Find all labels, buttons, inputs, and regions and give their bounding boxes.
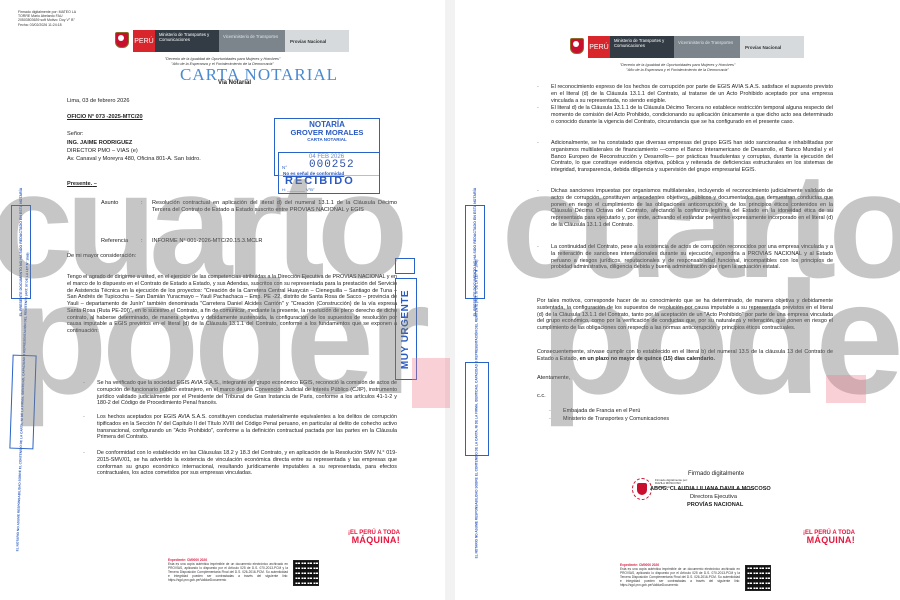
letter-page-1: Firmado digitalmente por: MATEO LA TORRE… — [0, 0, 445, 600]
notary-stamp-line-3: CARTA NOTARIAL — [275, 137, 379, 142]
recipient-title: DIRECTOR PMO – VIAS (e) — [67, 148, 138, 155]
ministry-label: Ministerio de Transportes y Comunicacion… — [155, 30, 219, 52]
doc-type-title: CARTA NOTARIAL — [180, 65, 338, 85]
vice-ministry-label: Viceministerio de Transportes — [219, 30, 285, 52]
disclaimer-text: EL PRESENTE DOCUMENTO NO HA SIDO REDACTA… — [19, 188, 23, 317]
signed-digitally: Firmado digitalmente — [688, 471, 744, 478]
campaign-line-2: MÁQUINA! — [775, 536, 855, 545]
urgent-stamp: MUY URGENTE — [395, 278, 417, 380]
received-stamp: 04 FEB 2026 N° 000252 No es señal de con… — [278, 152, 380, 194]
number-label: N° — [282, 165, 287, 170]
seal-signature-meta: Firmado digitalmente por: DAVILA MOSCOSO… — [655, 479, 689, 489]
official-motto: "Decenio de la Igualdad de Oportunidades… — [455, 63, 900, 72]
digital-signature-meta: Firmado digitalmente por: MATEO LA TORRE… — [18, 10, 78, 27]
notary-stamp-line-2: GROVER MORALES — [275, 129, 379, 137]
signer-org: PROVÍAS NACIONAL — [687, 502, 743, 509]
asunto-text: Resolución contractual en aplicación del… — [152, 200, 397, 214]
list-item: El reconocimiento expreso de los hechos … — [551, 84, 833, 104]
closing: Atentamente, — [537, 375, 570, 382]
signer-role: Directora Ejecutiva — [690, 494, 737, 501]
notary-liability-stamp: EL NOTARIO NO ASUME RESPONSABILIDAD SOBR… — [9, 355, 36, 450]
received-label: RECIBIDO — [285, 175, 355, 187]
cc-label: c.c. — [537, 393, 546, 400]
liability-text: EL NOTARIO NO ASUME RESPONSABILIDAD SOBR… — [475, 260, 479, 559]
verification-text: Esta es una copia auténtica imprimible d… — [620, 567, 740, 587]
digital-signature-seal-icon — [632, 478, 652, 500]
ministry-label: Ministerio de Transportes y Comunicacion… — [610, 36, 674, 58]
urgent-label: MUY URGENTE — [401, 289, 412, 368]
asunto-label: Asunto — [101, 200, 118, 207]
colon: : — [141, 238, 143, 245]
list-item: Dichas sanciones impuestas por organismo… — [551, 188, 833, 229]
list-item: Adicionalmente, se ha constatado que div… — [551, 140, 833, 174]
peru-badge: PERÚ — [133, 30, 155, 52]
request-paragraph: Consecuentemente, sírvase cumplir con lo… — [537, 349, 833, 363]
peru-badge: PERÚ — [588, 36, 610, 58]
notary-liability-stamp: EL NOTARIO NO ASUME RESPONSABILIDAD SOBR… — [465, 362, 489, 456]
greeting: De mi mayor consideración: — [67, 253, 136, 260]
list-item: Los hechos aceptados por EGIS AVIA S.A.S… — [97, 414, 397, 441]
time-vb-line: H: ________ V°B° — [282, 187, 315, 192]
presente: Presente. – — [67, 181, 97, 188]
peru-coat-of-arms-icon — [112, 30, 130, 50]
letterhead: PERÚ Ministerio de Transportes y Comunic… — [112, 30, 349, 52]
agency-label: Provías Nacional — [285, 30, 349, 52]
conclusion-paragraph: Por tales motivos, corresponde hacer de … — [537, 298, 833, 332]
campaign-line-2: MÁQUINA! — [320, 536, 400, 545]
verification-note: Expediente: CM0000 2026 Esta es una copi… — [168, 558, 288, 582]
salutation: Señor: — [67, 131, 83, 138]
list-item: Se ha verificado que la sociedad EGIS AV… — [97, 380, 397, 407]
list-item: De conformidad con lo establecido en las… — [97, 450, 397, 477]
cc-item: Ministerio de Transportes y Comunicacion… — [563, 416, 763, 423]
referencia-text: INFORME N° 001-2026-MTC/20.15.3.MCLR — [152, 238, 262, 245]
letter-page-2: PERÚ Ministerio de Transportes y Comunic… — [455, 0, 900, 600]
place-date: Lima, 03 de febrero 2026 — [67, 98, 130, 105]
verification-note: Expediente: CM0000 2026 Esta es una copi… — [620, 563, 740, 587]
letterhead: PERÚ Ministerio de Transportes y Comunic… — [567, 36, 804, 58]
via-notarial: Vía Notarial — [218, 80, 251, 86]
vice-ministry-label: Viceministerio de Transportes — [674, 36, 740, 58]
intro-paragraph: Tengo el agrado de dirigirme a usted, en… — [67, 274, 397, 335]
cc-item: Embajada de Francia en el Perú — [563, 408, 763, 415]
peru-coat-of-arms-icon — [567, 36, 585, 56]
qr-code-icon[interactable] — [293, 560, 319, 586]
list-item: El literal d) de la Cláusula 13.1.1 de l… — [551, 105, 833, 125]
campaign-logo: ¡EL PERÚ A TODA MÁQUINA! — [775, 530, 855, 545]
signature-line — [678, 489, 754, 490]
recipient-name: ING. JAIME RODRIGUEZ — [67, 140, 132, 147]
received-number: 000252 — [309, 159, 355, 171]
verification-text: Esta es una copia auténtica imprimible d… — [168, 562, 288, 582]
qr-code-icon[interactable] — [745, 565, 771, 591]
stamp-fragment — [395, 258, 415, 274]
list-item: La continuidad del Contrato, pese a la e… — [551, 244, 833, 271]
recipient-address: Av. Canaval y Moreyra 480, Oficina 801-A… — [67, 156, 201, 163]
agency-label: Provías Nacional — [740, 36, 804, 58]
oficio-number: OFICIO N° 073 -2025-MTC/20 — [67, 114, 143, 121]
campaign-logo: ¡EL PERÚ A TODA MÁQUINA! — [320, 530, 400, 545]
colon: : — [141, 200, 143, 207]
referencia-label: Referencia — [101, 238, 128, 245]
motto-line-2: "Año de la Esperanza y el Fortalecimient… — [455, 68, 900, 73]
